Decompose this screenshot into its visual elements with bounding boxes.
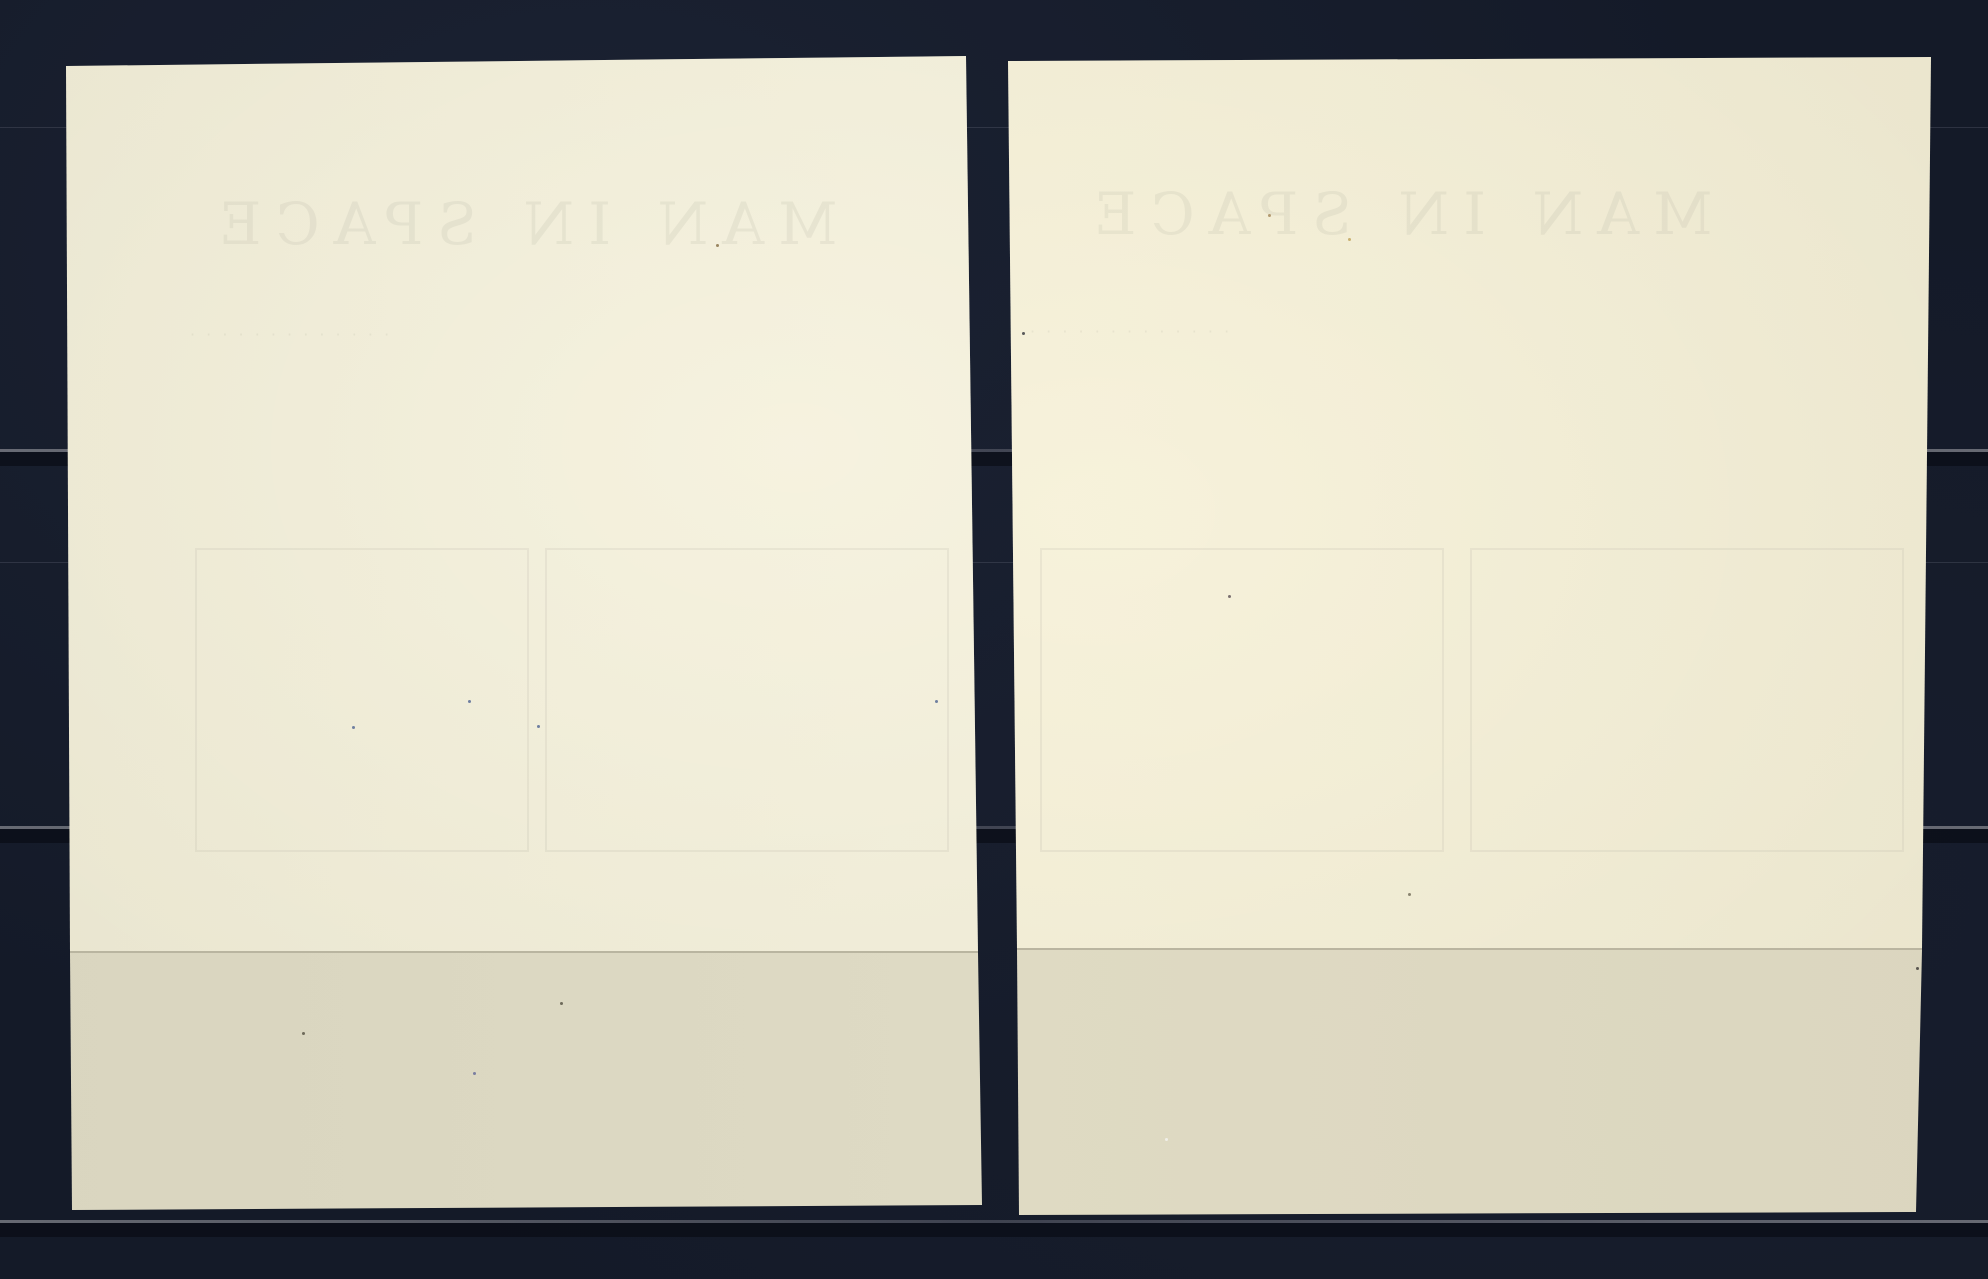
speck (1165, 1138, 1168, 1141)
right-sheet-divider (1017, 948, 1922, 950)
right-sheet-ghost-stamp-frame (1040, 548, 1444, 852)
right-sheet: MAN IN SPACE · · · · · · · · · · · · · (0, 0, 1988, 1279)
speck (1348, 238, 1351, 241)
speck (1916, 967, 1919, 970)
right-sheet-ghost-stamp-frame (1470, 548, 1904, 852)
right-sheet-ghost-title: MAN IN SPACE (1080, 180, 1713, 248)
speck (1268, 214, 1271, 217)
speck (1408, 893, 1411, 896)
speck (1022, 332, 1025, 335)
speck (1228, 595, 1231, 598)
right-sheet-ghost-subtitle: · · · · · · · · · · · · · (1030, 322, 1232, 341)
